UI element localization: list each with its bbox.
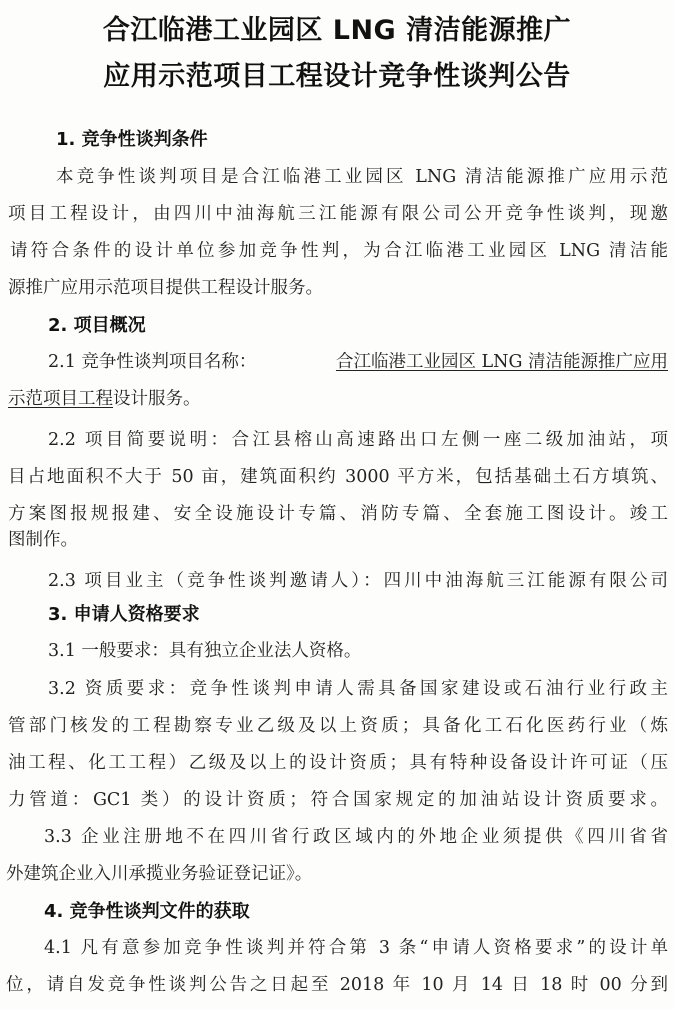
item-2-1-line-1: 2.1 竞争性谈判项目名称： 合江临港工业园区 LNG 清洁能源推广应用 (48, 348, 668, 373)
item-3-2-line: 3.2 资质要求：竞争性谈判申请人需具备国家建设或石油行业行政主 (48, 675, 668, 700)
item-2-2-line: 图制作。 (8, 526, 78, 551)
item-4-1-line: 4.1 凡有意参加竞争性谈判并符合第 3 条“申请人资格要求”的设计单 (44, 934, 668, 959)
section-1-line: 本竞争性谈判项目是合江临港工业园区 LNG 清洁能源推广应用示范 (56, 163, 668, 188)
section-1-heading: 1. 竞争性谈判条件 (56, 125, 208, 151)
section-1-line: 项目工程设计，由四川中油海航三江能源有限公司公开竞争性谈判，现邀 (8, 200, 668, 225)
item-2-1-line-2: 示范项目工程设计服务。 (8, 385, 201, 410)
item-3-1: 3.1 一般要求：具有独立企业法人资格。 (48, 637, 361, 662)
item-3-3-line: 3.3 企业注册地不在四川省行政区域内的外地企业须提供《四川省省 (44, 823, 668, 848)
section-1-line: 请符合条件的设计单位参加竞争性判，为合江临港工业园区 LNG 清洁能 (10, 237, 668, 262)
item-2-1-project-name: 合江临港工业园区 LNG 清洁能源推广应用 (336, 348, 668, 373)
item-2-2-line: 目占地面积不大于 50 亩，建筑面积约 3000 平方米，包括基础土石方填筑、 (8, 463, 668, 488)
item-3-2-line: 管部门核发的工程勘察专业乙级及以上资质；具备化工石化医药行业（炼 (8, 712, 668, 737)
document-title-line-2: 应用示范项目工程设计竞争性谈判公告 (0, 54, 674, 93)
item-2-2-line: 方案图报规报建、安全设施设计专篇、消防专篇、全套施工图设计。竣工 (8, 500, 668, 525)
document-title-line-1: 合江临港工业园区 LNG 清洁能源推广 (0, 8, 674, 47)
item-3-2-line: 油工程、化工工程）乙级及以上的设计资质；具有特种设备设计许可证（压 (8, 749, 668, 774)
item-2-1-suffix: 设计服务。 (113, 389, 201, 409)
item-4-1-line: 位，请自发竞争性谈判公告之日起至 2018 年 10 月 14 日 18 时 0… (6, 971, 668, 996)
item-3-2-line: 力管道：GC1 类）的设计资质；符合国家规定的加油站设计资质要求。 (8, 786, 668, 811)
section-3-heading: 3. 申请人资格要求 (48, 600, 200, 626)
section-4-heading: 4. 竞争性谈判文件的获取 (44, 897, 250, 923)
item-2-3: 2.3 项目业主（竞争性谈判邀请人）：四川中油海航三江能源有限公司 (48, 567, 668, 592)
item-2-2-line: 2.2 项目简要说明：合江县榕山高速路出口左侧一座二级加油站，项 (48, 426, 668, 451)
section-1-line: 源推广应用示范项目提供工程设计服务。 (8, 274, 323, 299)
section-2-heading: 2. 项目概况 (48, 311, 146, 337)
item-2-1-project-name-cont: 示范项目工程 (8, 389, 113, 409)
item-3-3-line: 外建筑企业入川承揽业务验证登记证》。 (6, 860, 312, 885)
item-2-1-prefix: 2.1 竞争性谈判项目名称： (48, 348, 256, 373)
